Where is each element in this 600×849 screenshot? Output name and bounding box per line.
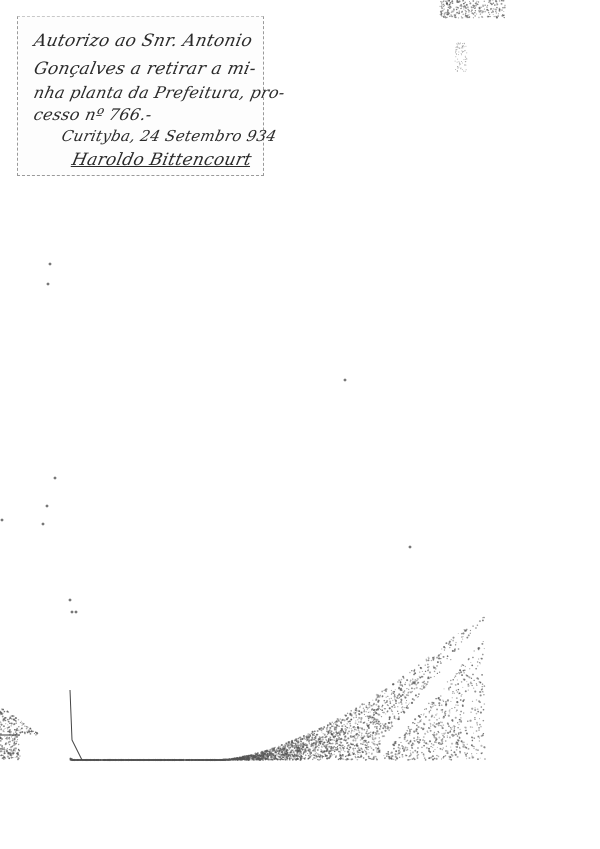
note-date-line: Curityba, 24 Setembro 934	[60, 127, 278, 145]
note-line-4: cesso nº 766.-	[32, 105, 154, 124]
note-line-2: Gonçalves a retirar a mi-	[32, 59, 258, 79]
note-line-3: nha planta da Prefeitura, pro-	[32, 83, 287, 102]
handwritten-note: Autorizo ao Snr. Antonio Gonçalves a ret…	[17, 16, 264, 176]
note-signature: Haroldo Bittencourt	[70, 150, 254, 170]
note-line-1: Autorizo ao Snr. Antonio	[32, 31, 254, 51]
scanned-page: Autorizo ao Snr. Antonio Gonçalves a ret…	[0, 0, 600, 849]
